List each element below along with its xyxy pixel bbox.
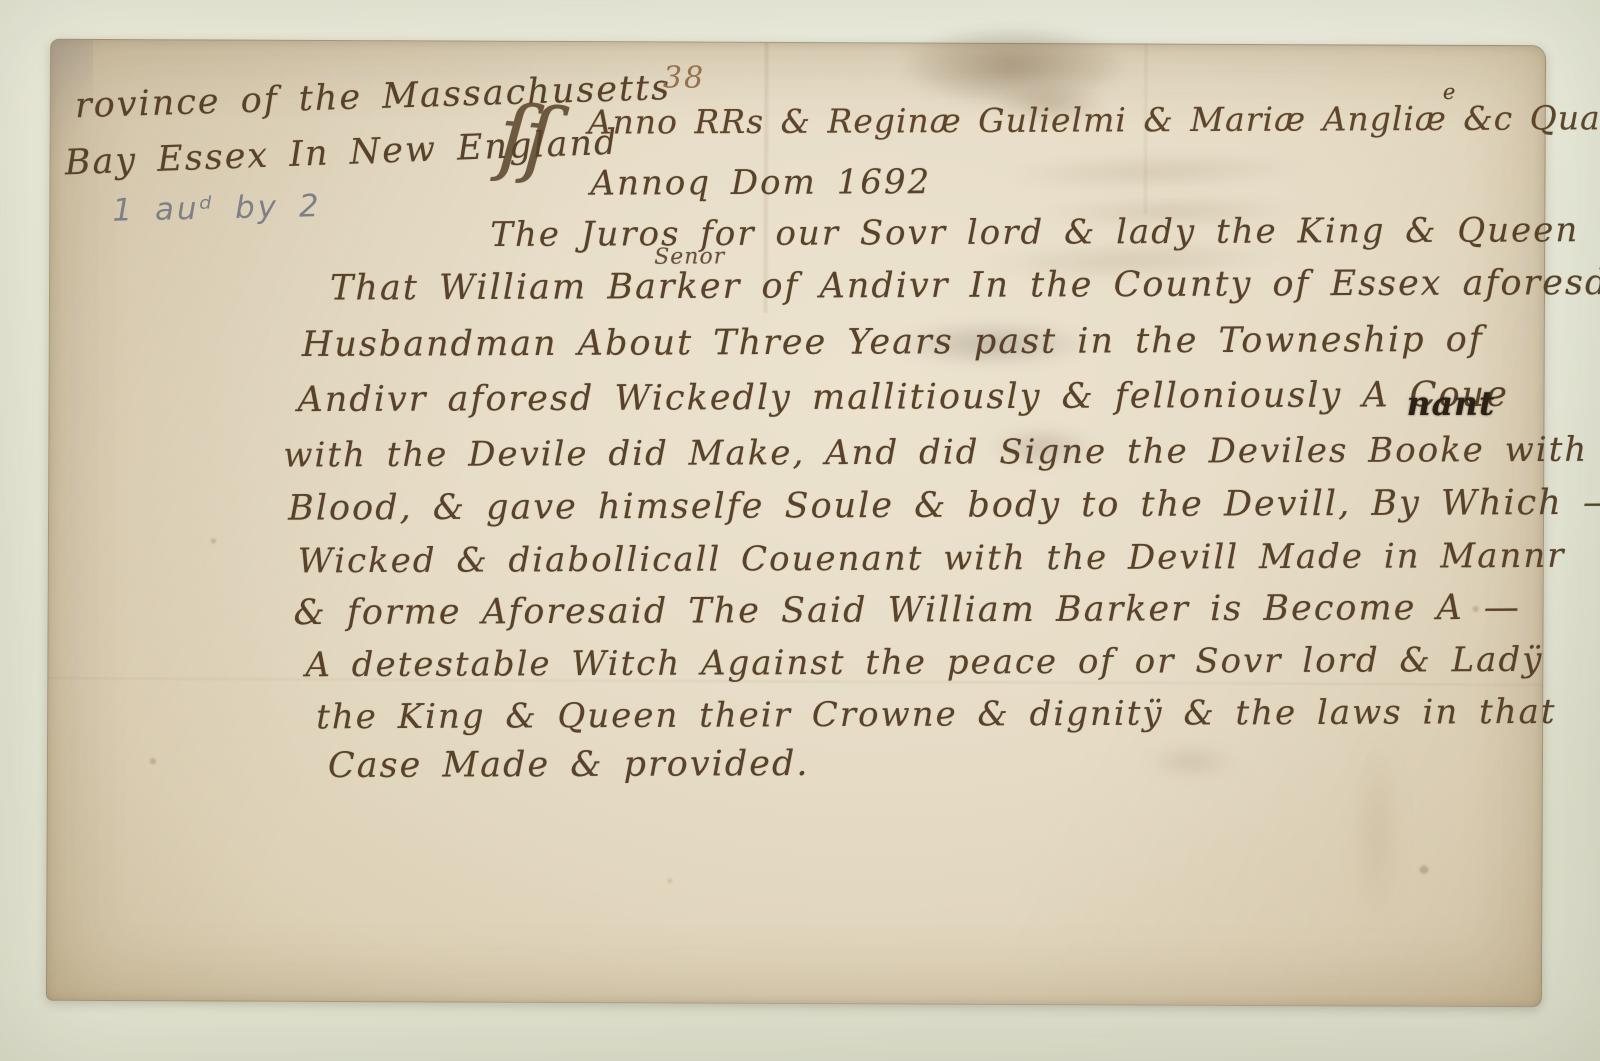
latin-heading-regnal-year: Anno RRs & Reginæ Gulielmi & Mariæ Angli… bbox=[588, 98, 1600, 142]
manuscript-line: Husbandman About Three Years past in the… bbox=[302, 320, 1484, 365]
province-caption-line1: rovince of the Massachusetts bbox=[74, 68, 671, 126]
manuscript-line: Wicked & diabollicall Couenant with the … bbox=[298, 536, 1566, 582]
archival-page-number: 38 bbox=[663, 60, 705, 95]
foxing-speck bbox=[211, 538, 216, 543]
water-stain bbox=[1352, 735, 1401, 925]
photograph-background: rovince of the Massachusetts Bay Essex I… bbox=[0, 0, 1600, 1061]
manuscript-line: Andivr aforesd Wickedly mallitiously & f… bbox=[297, 375, 1508, 420]
manuscript-line: Case Made & provided. bbox=[328, 744, 810, 786]
pencil-archivist-note: 1 auᵈ by 2 bbox=[112, 188, 322, 229]
latin-heading-anno-domini: Annoq Dom 1692 bbox=[590, 162, 931, 203]
foxing-speck bbox=[150, 758, 156, 764]
manuscript-line: A detestable Witch Against the peace of … bbox=[305, 640, 1543, 685]
manuscript-line: & forme Aforesaid The Said William Barke… bbox=[294, 588, 1521, 633]
interlinear-insertion: Senor bbox=[654, 244, 725, 269]
manuscript-line: Blood, & gave himselfe Soule & body to t… bbox=[288, 483, 1600, 529]
water-stain bbox=[1146, 745, 1236, 779]
manuscript-line: the King & Queen their Crowne & dignitÿ … bbox=[316, 692, 1557, 737]
bleedthrough-ghost-text bbox=[1005, 148, 1306, 195]
ink-smudge-stain bbox=[903, 25, 1123, 106]
manuscript-line: with the Devile did Make, And did Signe … bbox=[283, 430, 1588, 476]
manuscript-paper: rovince of the Massachusetts Bay Essex I… bbox=[46, 39, 1546, 1008]
notarial-ss-flourish: ſſ bbox=[495, 86, 552, 187]
heading-superscript: e bbox=[1443, 80, 1458, 104]
foxing-speck bbox=[667, 878, 672, 883]
foxing-speck bbox=[1419, 866, 1428, 874]
manuscript-line: That William Barker of Andivr In the Cou… bbox=[330, 263, 1600, 309]
overwritten-word: nant bbox=[1406, 384, 1495, 423]
